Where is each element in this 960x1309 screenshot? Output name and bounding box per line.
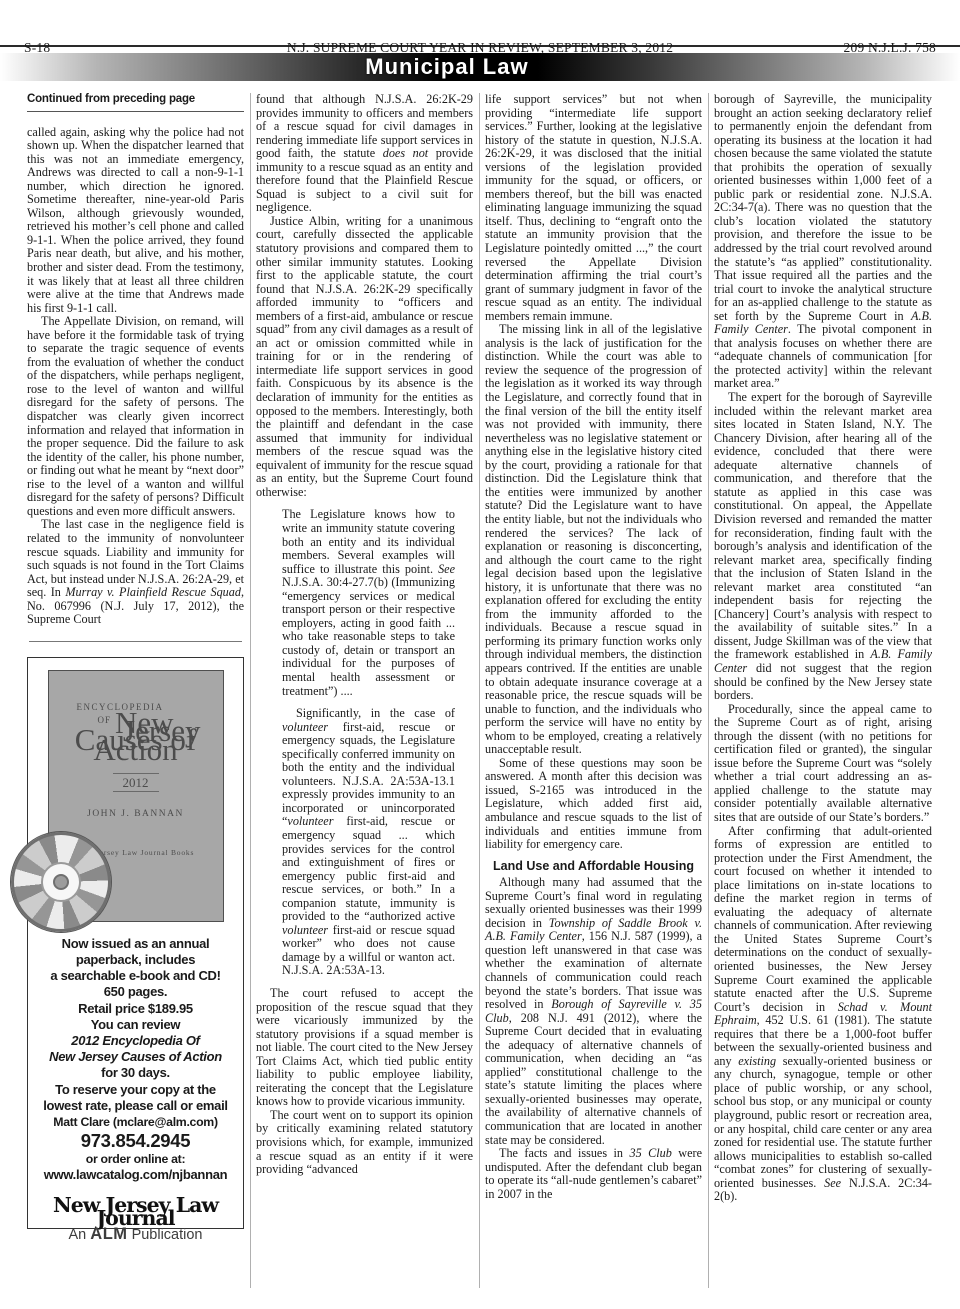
section-banner: Municipal Law <box>0 53 960 81</box>
paragraph: The Appellate Division, on remand, will … <box>27 315 244 518</box>
continued-from-label: Continued from preceding page <box>27 93 244 112</box>
paragraph: found that although N.J.S.A. 26:2K-29 pr… <box>256 93 473 215</box>
ad-phone-number: 973.854.2945 <box>36 1130 235 1151</box>
paragraph: Procedurally, since the appeal came to t… <box>714 703 932 825</box>
ad-line: lowest rate, please call or email <box>36 1098 235 1114</box>
blockquote-paragraph: The Legislature knows how to write an im… <box>282 508 455 698</box>
article-columns: Continued from preceding page called aga… <box>22 93 938 1288</box>
ad-line: To reserve your copy at the <box>36 1082 235 1098</box>
paragraph: The court went on to support its opinion… <box>256 1109 473 1177</box>
edition-title: N.J. SUPREME COURT YEAR IN REVIEW, SEPTE… <box>0 40 960 56</box>
paragraph: The facts and issues in 35 Club were und… <box>485 1147 702 1201</box>
ad-line: for 30 days. <box>36 1065 235 1081</box>
section-subhead: Land Use and Affordable Housing <box>485 860 702 874</box>
ad-line: 650 pages. <box>36 984 235 1000</box>
paragraph: After confirming that adult-oriented for… <box>714 825 932 1204</box>
paragraph: Justice Albin, writing for a unanimous c… <box>256 215 473 499</box>
column-4: borough of Sayreville, the municipality … <box>709 93 938 1288</box>
column-3: life support services” but not when prov… <box>480 93 709 1288</box>
column-2: found that although N.J.S.A. 26:2K-29 pr… <box>251 93 480 1288</box>
paragraph: borough of Sayreville, the municipality … <box>714 93 932 391</box>
paragraph: The last case in the negligence field is… <box>27 518 244 626</box>
cover-author: JOHN J. BANNAN <box>49 808 223 822</box>
paragraph: The expert for the borough of Sayreville… <box>714 391 932 703</box>
ad-copy: Now issued as an annual paperback, inclu… <box>36 936 235 1184</box>
ad-line: paperback, includes <box>36 952 235 968</box>
column-divider <box>29 641 242 642</box>
alm-publication-line: An ALM Publication <box>36 1228 235 1243</box>
publisher-logo: New Jersey Law Journal <box>36 1199 235 1226</box>
section-title: Municipal Law <box>365 54 528 79</box>
masthead: N.J. SUPREME COURT YEAR IN REVIEW, SEPTE… <box>0 0 960 47</box>
cd-disc-icon <box>11 832 111 932</box>
newspaper-page: N.J. SUPREME COURT YEAR IN REVIEW, SEPTE… <box>0 0 960 1309</box>
ad-line: You can review <box>36 1017 235 1033</box>
ad-line: or order online at: <box>36 1151 235 1167</box>
cover-year: 2012 <box>113 773 159 793</box>
paragraph: The court refused to accept the proposit… <box>256 987 473 1109</box>
paragraph: life support services” but not when prov… <box>485 93 702 323</box>
ad-line: Now issued as an annual <box>36 936 235 952</box>
alm-brand: ALM <box>90 1225 127 1243</box>
ad-line: Retail price $189.95 <box>36 1001 235 1017</box>
paragraph: called again, asking why the police had … <box>27 126 244 316</box>
column-1: Continued from preceding page called aga… <box>22 93 251 1288</box>
blockquote-paragraph: Significantly, in the case of volunteer … <box>282 707 455 978</box>
ad-line-book-title: New Jersey Causes of Action <box>36 1049 235 1065</box>
alm-suffix: Publication <box>132 1227 203 1243</box>
paragraph: Although many had assumed that the Supre… <box>485 876 702 1147</box>
paragraph: Some of these questions may soon be answ… <box>485 757 702 852</box>
ad-contact-email: Matt Clare (mclare@alm.com) <box>36 1114 235 1130</box>
ad-line-book-title: 2012 Encyclopedia Of <box>36 1033 235 1049</box>
ad-line: a searchable e-book and CD! <box>36 968 235 984</box>
book-advertisement: ENCYCLOPEDIA OFNew Jersey Causes of Acti… <box>27 657 244 1229</box>
alm-prefix: An <box>69 1227 87 1243</box>
paragraph: The missing link in all of the legislati… <box>485 323 702 757</box>
ad-order-url: www.lawcatalog.com/njbannan <box>36 1167 235 1183</box>
